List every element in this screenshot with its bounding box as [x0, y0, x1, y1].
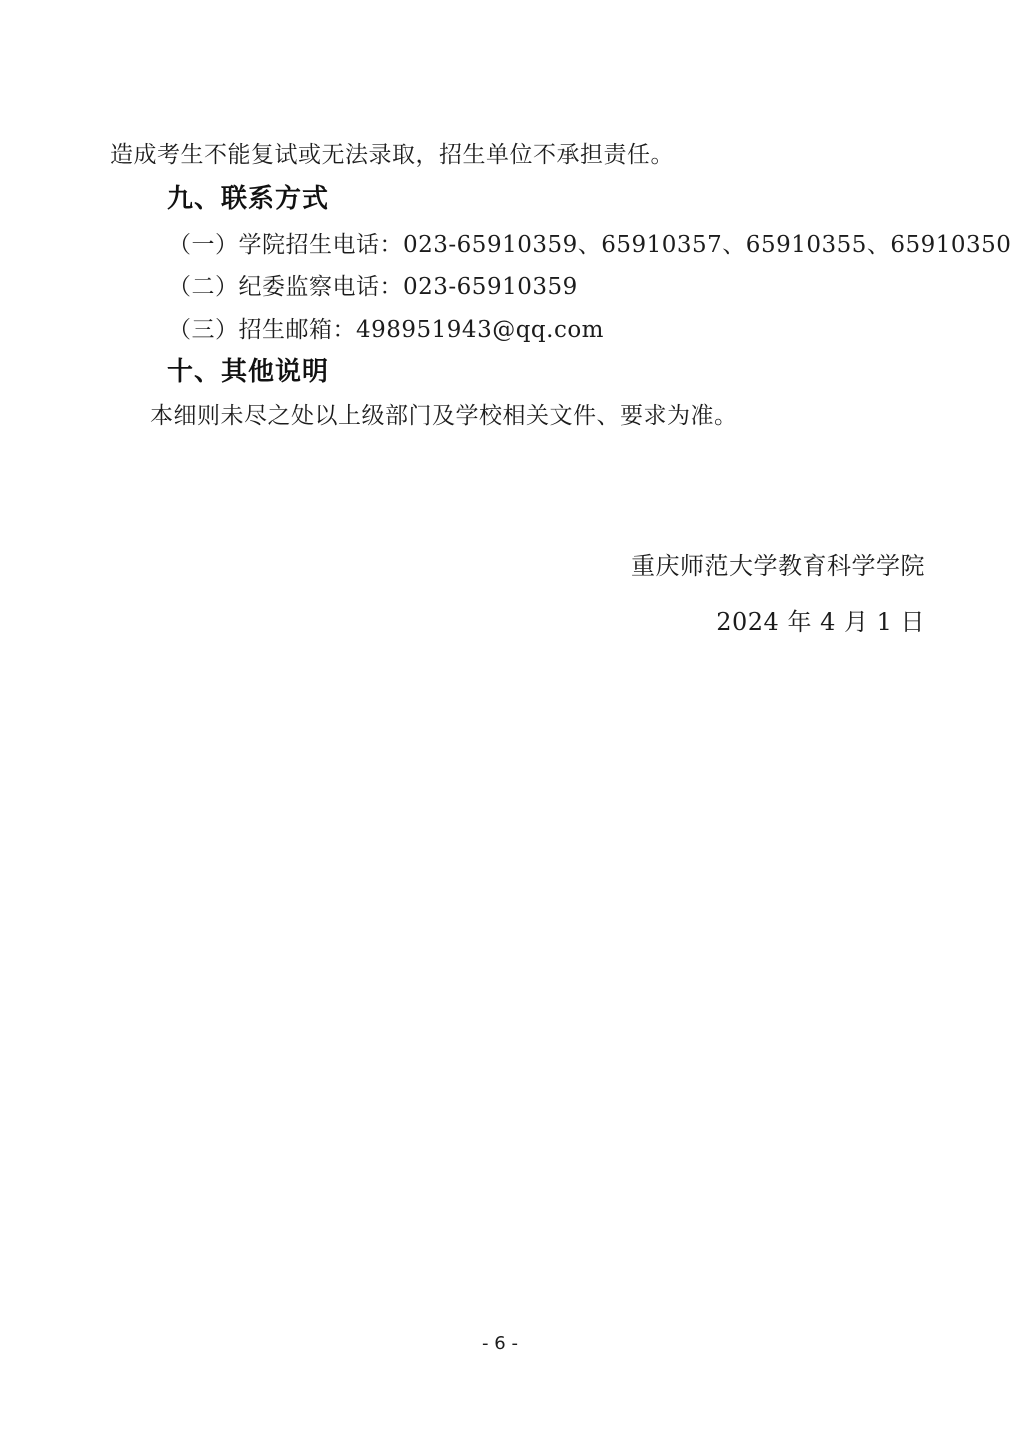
discipline-inspection-phone-line: （二）纪委监察电话：023-65910359 — [168, 268, 578, 301]
signature-organization: 重庆师范大学教育科学学院 — [631, 546, 925, 581]
college-admission-phone-line: （一）学院招生电话：023-65910359、65910357、65910355… — [168, 226, 1011, 259]
paragraph-continuation: 造成考生不能复试或无法录取，招生单位不承担责任。 — [110, 136, 674, 169]
section-9-heading: 九、联系方式 — [167, 178, 329, 215]
section-10-body: 本细则未尽之处以上级部门及学校相关文件、要求为准。 — [150, 397, 738, 430]
admission-email-line: （三）招生邮箱：498951943@qq.com — [168, 311, 604, 344]
document-page: 造成考生不能复试或无法录取，招生单位不承担责任。 九、联系方式 （一）学院招生电… — [0, 0, 1024, 1448]
page-number: - 6 - — [0, 1333, 1000, 1354]
signature-date: 2024 年 4 月 1 日 — [716, 602, 925, 637]
section-10-heading: 十、其他说明 — [167, 351, 329, 388]
